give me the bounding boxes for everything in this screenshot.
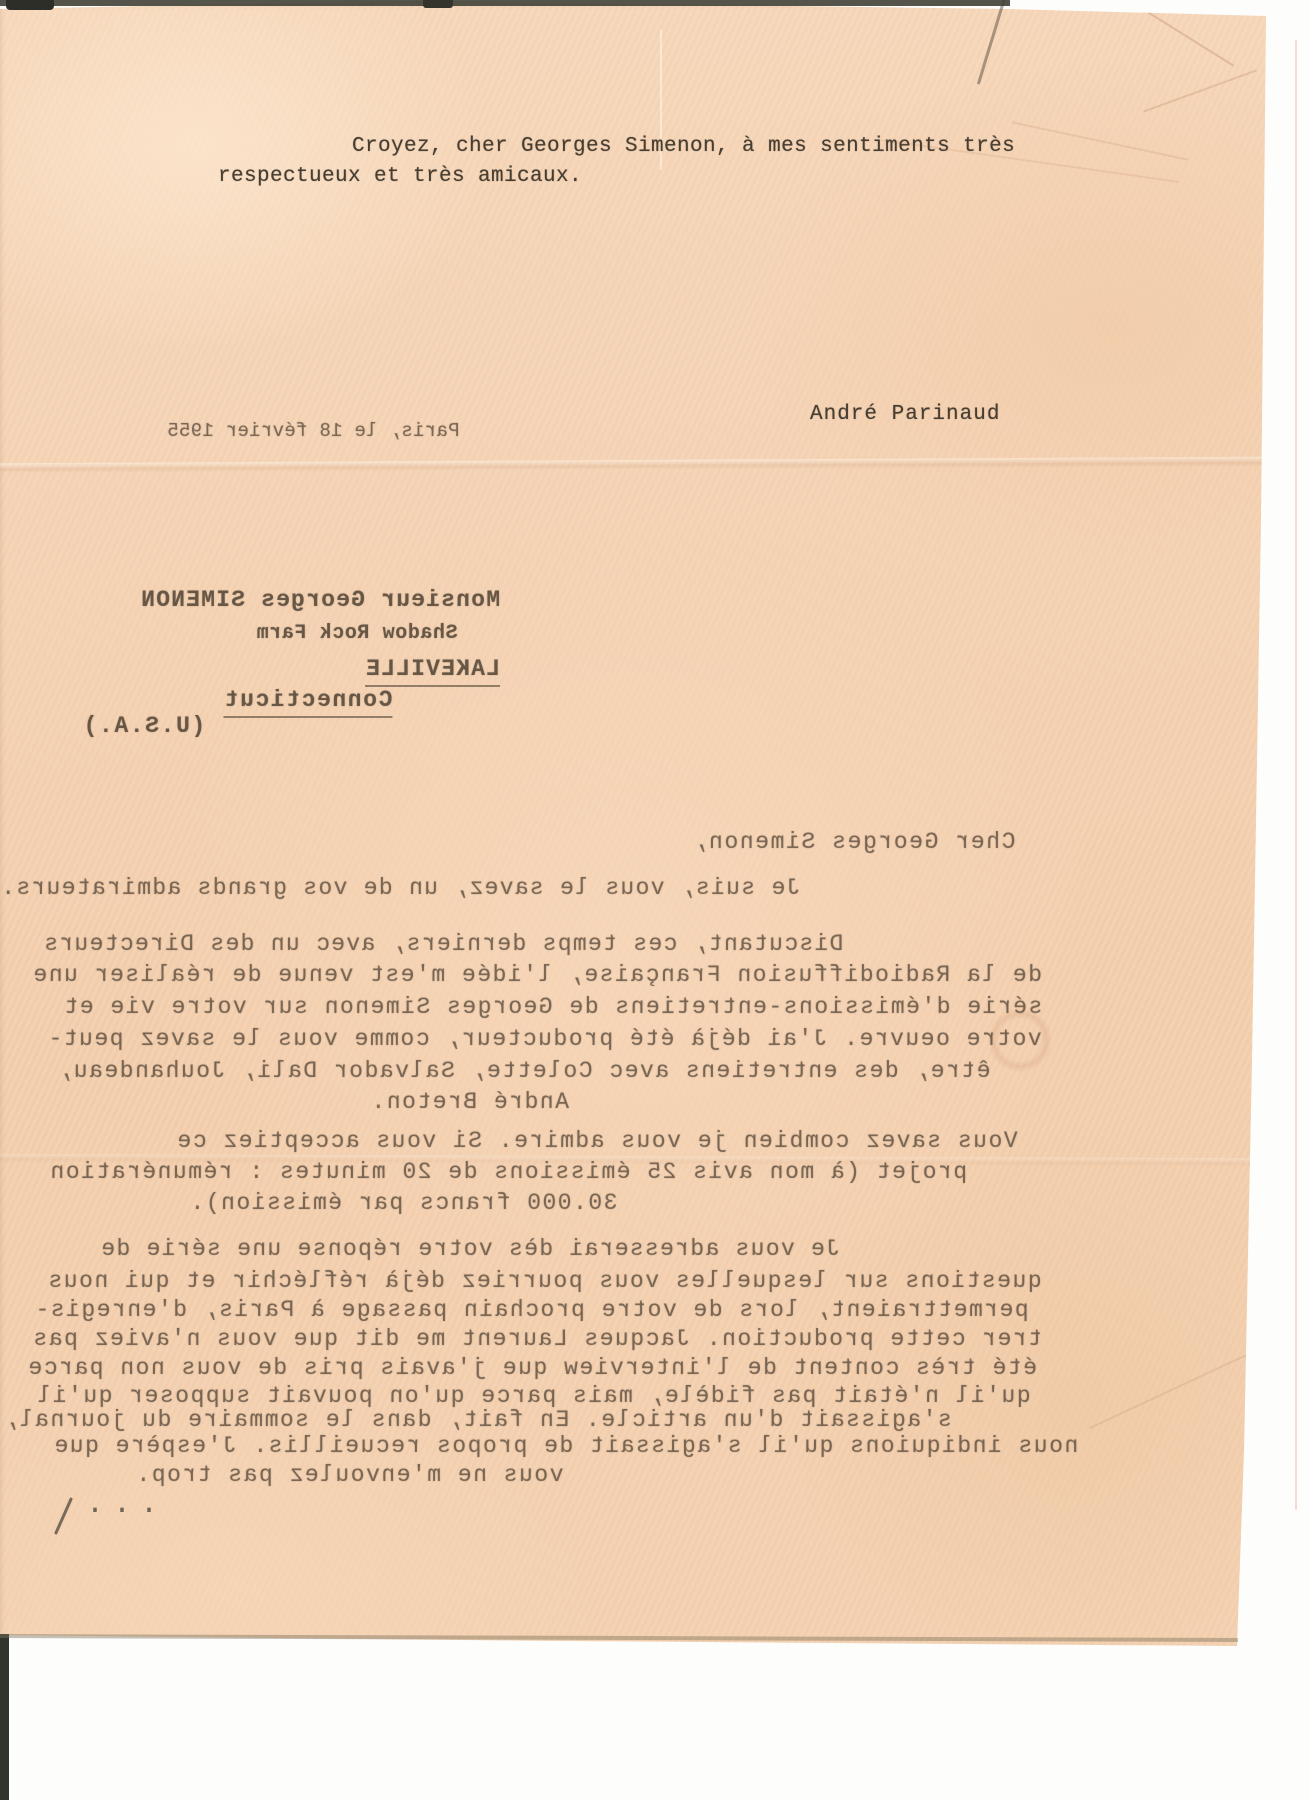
bleed-line: de la Radiodiffusion Française, l'idée m… <box>32 961 1042 990</box>
bleed-line: permettraient, lors de votre prochain pa… <box>34 1296 1029 1325</box>
corner-crease <box>1089 1343 1271 1429</box>
scanner-artifact-line <box>1295 40 1297 1510</box>
bleed-line: Connecticut <box>223 686 392 718</box>
bleed-line: Monsieur Georges SIMENON <box>140 586 500 615</box>
typed-line: André Parinaud <box>810 402 1000 428</box>
bleed-line: s'agissait d'un article. En fait, dans l… <box>3 1406 952 1435</box>
crinkle-crease <box>1143 70 1256 113</box>
bleed-line: projet (à mon avis 25 émissions de 20 mi… <box>49 1158 967 1187</box>
bleed-line: être, des entretiens avec Colette, Salva… <box>57 1057 990 1086</box>
bleed-line: Je suis, vous le savez, un de vos grands… <box>0 874 800 903</box>
bleed-line: Je vous adresserai dès votre réponse une… <box>100 1235 840 1264</box>
typed-line: Croyez, cher Georges Simenon, à mes sent… <box>352 134 1015 160</box>
bleed-line: questions sur lesquelles vous pourriez d… <box>47 1267 1042 1296</box>
scanner-top-edge-shadow <box>0 0 1010 6</box>
bleed-line: série d'émissions-entretiens de Georges … <box>63 993 1042 1022</box>
bleed-line: André Breton. <box>370 1088 569 1117</box>
bleed-line: trer cette production. Jacques Laurent m… <box>32 1325 1042 1354</box>
crinkle-crease <box>1106 0 1234 67</box>
bleed-line: 30.000 francs par émission). <box>189 1189 617 1218</box>
bleed-line: Paris, le 18 février 1955 <box>167 420 460 444</box>
bleed-line: été très content de l'interview que j'av… <box>27 1354 1037 1383</box>
bleed-line: Vous savez combien je vous admire. Si vo… <box>176 1127 1018 1156</box>
ink-smudge <box>6 0 54 10</box>
typed-line: respectueux et très amicaux. <box>218 164 582 190</box>
bleed-line: vous ne m'envoulez pas trop. <box>135 1461 563 1490</box>
pencil-dots-mark: ... <box>86 1488 167 1522</box>
scanned-letter-page: Croyez, cher Georges Simenon, à mes sent… <box>0 0 1309 1800</box>
bleed-line: (U.S.A.) <box>82 712 205 741</box>
bleed-line: Discutant, ces temps derniers, avec un d… <box>43 930 843 959</box>
bleed-line: Shadow Rock Farm <box>256 621 458 646</box>
crinkle-crease <box>1012 121 1188 160</box>
bleed-line: Cher Georges Simenon, <box>692 828 1015 857</box>
bleed-line: LAKEVILLE <box>365 655 500 687</box>
scanner-left-edge-shadow <box>0 1634 9 1800</box>
ink-smudge <box>423 0 453 8</box>
bleed-line: votre oeuvre. J'ai déjà été producteur, … <box>47 1025 1042 1054</box>
bleed-line: nous indiquions qu'il s'agissait de prop… <box>53 1432 1078 1461</box>
horizontal-fold-crease <box>0 457 1262 474</box>
